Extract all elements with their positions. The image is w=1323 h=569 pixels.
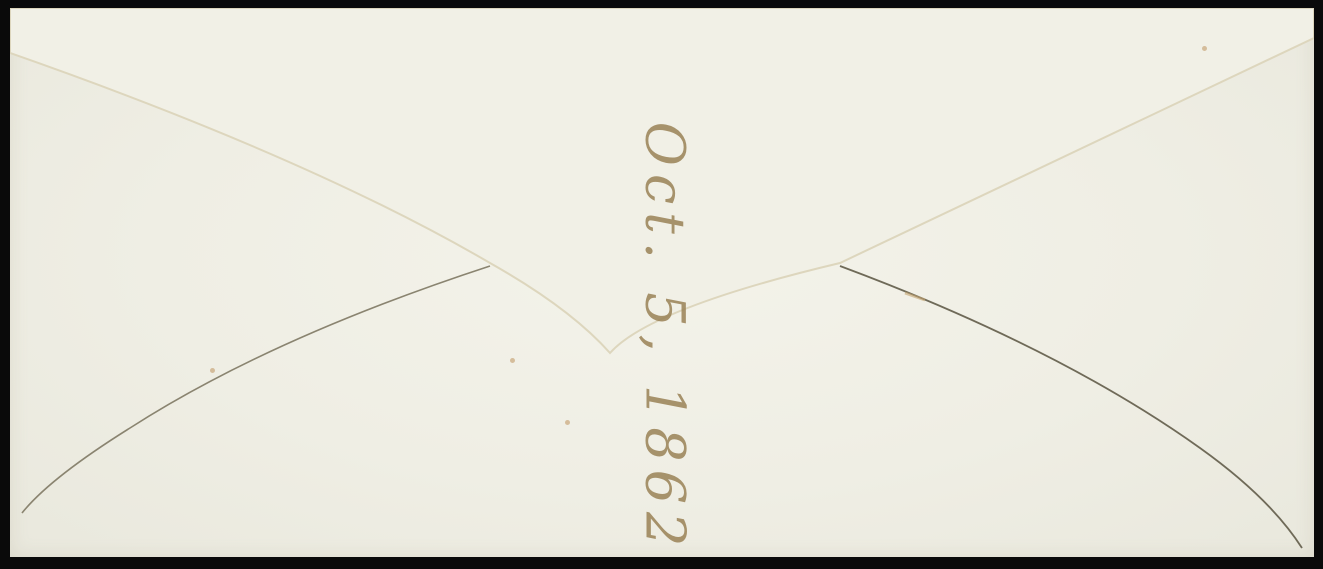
scan-background: Oct. 5, 1862 xyxy=(0,0,1323,569)
foxing-spot xyxy=(210,368,215,373)
foxing-spot xyxy=(1202,46,1207,51)
left-flap-edge xyxy=(22,266,490,513)
foxing-spot xyxy=(565,420,570,425)
handwritten-date-note: Oct. 5, 1862 xyxy=(634,122,697,555)
right-flap-edge xyxy=(840,266,1302,548)
foxing-spot xyxy=(510,358,515,363)
envelope-back: Oct. 5, 1862 xyxy=(10,8,1314,557)
